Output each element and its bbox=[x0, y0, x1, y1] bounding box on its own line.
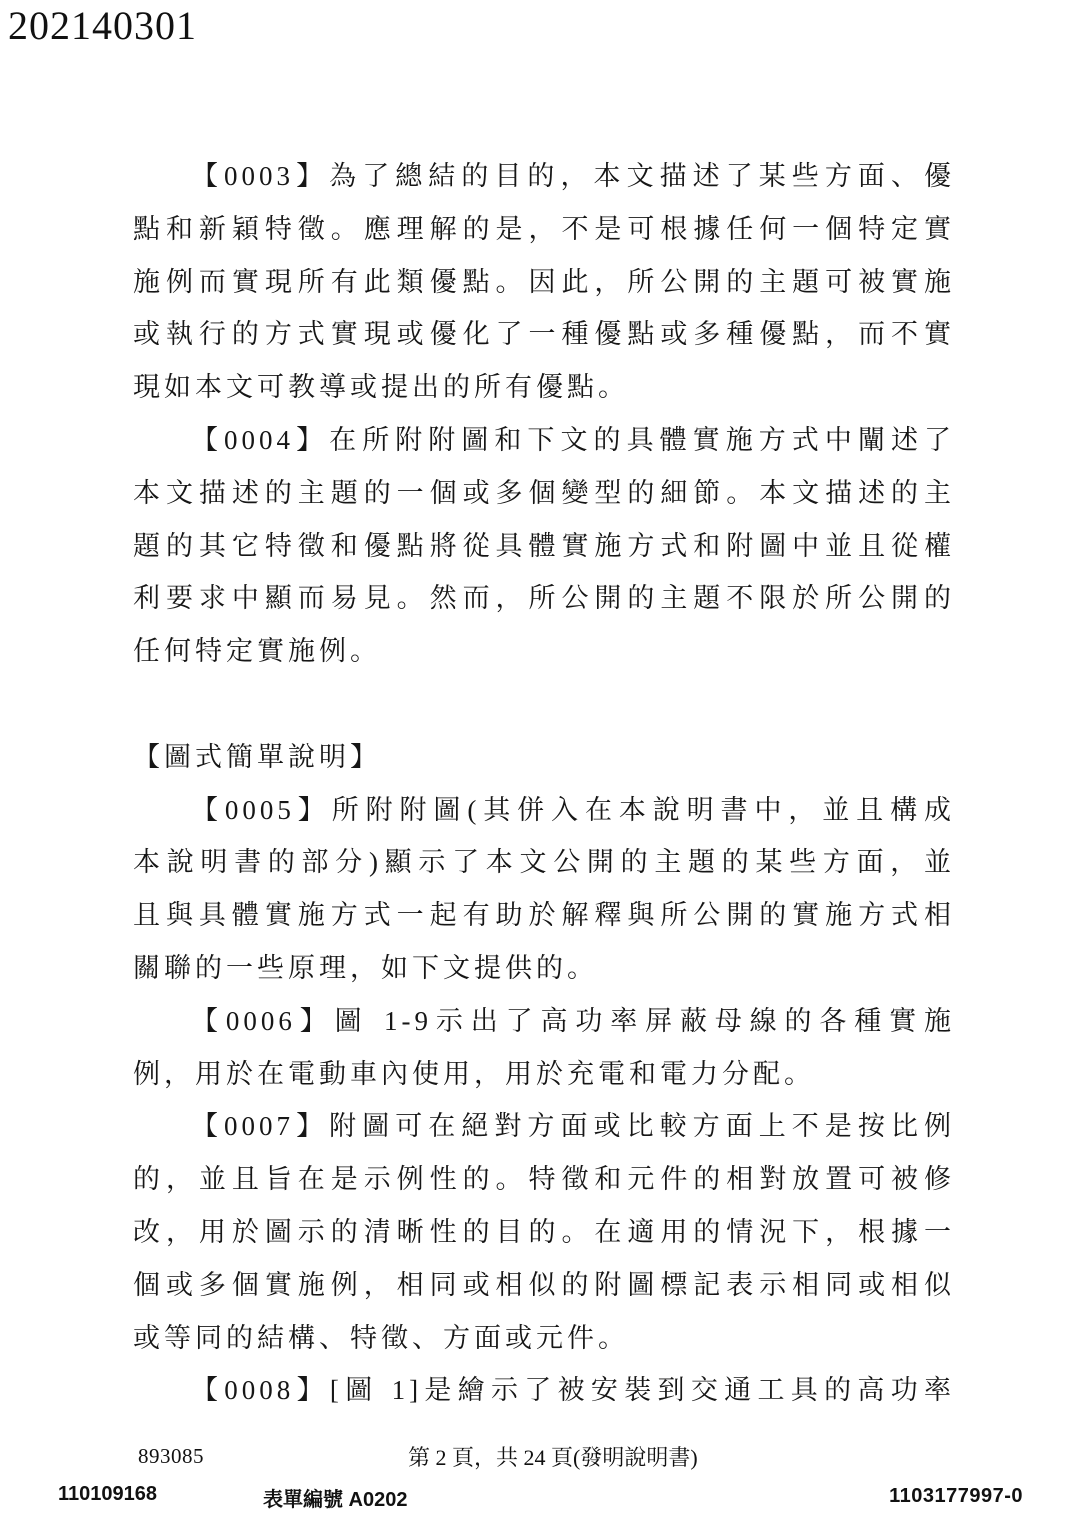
publication-number: 202140301 bbox=[8, 2, 197, 49]
footer-application-number: 110109168 bbox=[58, 1483, 157, 1506]
footer-serial-number: 893085 bbox=[138, 1444, 204, 1469]
document-body: 【0003】為了總結的目的，本文描述了某些方面、優點和新穎特徵。應理解的是，不是… bbox=[133, 150, 955, 1417]
blank-line bbox=[133, 678, 955, 731]
footer-document-code: 1103177997-0 bbox=[889, 1485, 1023, 1508]
footer-form-number: 表單編號 A0202 bbox=[263, 1483, 408, 1512]
text-line: 關聯的一些原理，如下文提供的。 bbox=[133, 942, 955, 995]
text-line: 點和新穎特徵。應理解的是，不是可根據任何一個特定實 bbox=[133, 203, 955, 256]
footer-page-indicator: 第 2 頁，共 24 頁(發明說明書) bbox=[408, 1441, 698, 1472]
text-line: 【0005】所附附圖(其併入在本說明書中，並且構成 bbox=[133, 784, 955, 837]
text-line: 利要求中顯而易見。然而，所公開的主題不限於所公開的 bbox=[133, 572, 955, 625]
text-line: 【0008】[圖 1]是繪示了被安裝到交通工具的高功率 bbox=[133, 1364, 955, 1417]
text-line: 【0007】附圖可在絕對方面或比較方面上不是按比例 bbox=[133, 1100, 955, 1153]
text-line: 例，用於在電動車內使用，用於充電和電力分配。 bbox=[133, 1048, 955, 1101]
text-line: 或等同的結構、特徵、方面或元件。 bbox=[133, 1312, 955, 1365]
text-line: 本說明書的部分)顯示了本文公開的主題的某些方面，並 bbox=[133, 836, 955, 889]
text-line: 或執行的方式實現或優化了一種優點或多種優點，而不實 bbox=[133, 308, 955, 361]
patent-specification-page: 202140301 【0003】為了總結的目的，本文描述了某些方面、優點和新穎特… bbox=[0, 0, 1080, 1526]
text-line: 【0004】在所附附圖和下文的具體實施方式中闡述了 bbox=[133, 414, 955, 467]
text-line: 現如本文可教導或提出的所有優點。 bbox=[133, 361, 955, 414]
text-line: 題的其它特徵和優點將從具體實施方式和附圖中並且從權 bbox=[133, 520, 955, 573]
text-line: 個或多個實施例，相同或相似的附圖標記表示相同或相似 bbox=[133, 1259, 955, 1312]
text-line: 【0003】為了總結的目的，本文描述了某些方面、優 bbox=[133, 150, 955, 203]
text-line: 本文描述的主題的一個或多個變型的細節。本文描述的主 bbox=[133, 467, 955, 520]
text-line: 施例而實現所有此類優點。因此，所公開的主題可被實施 bbox=[133, 256, 955, 309]
footer-bottom-row: 110109168 表單編號 A0202 1103177997-0 bbox=[0, 1483, 1080, 1513]
text-line: 任何特定實施例。 bbox=[133, 625, 955, 678]
text-line: 的，並且旨在是示例性的。特徵和元件的相對放置可被修 bbox=[133, 1153, 955, 1206]
text-line: 且與具體實施方式一起有助於解釋與所公開的實施方式相 bbox=[133, 889, 955, 942]
section-heading: 【圖式簡單說明】 bbox=[133, 731, 955, 784]
text-line: 改，用於圖示的清晰性的目的。在適用的情況下，根據一 bbox=[133, 1206, 955, 1259]
text-line: 【0006】圖 1-9示出了高功率屏蔽母線的各種實施 bbox=[133, 995, 955, 1048]
